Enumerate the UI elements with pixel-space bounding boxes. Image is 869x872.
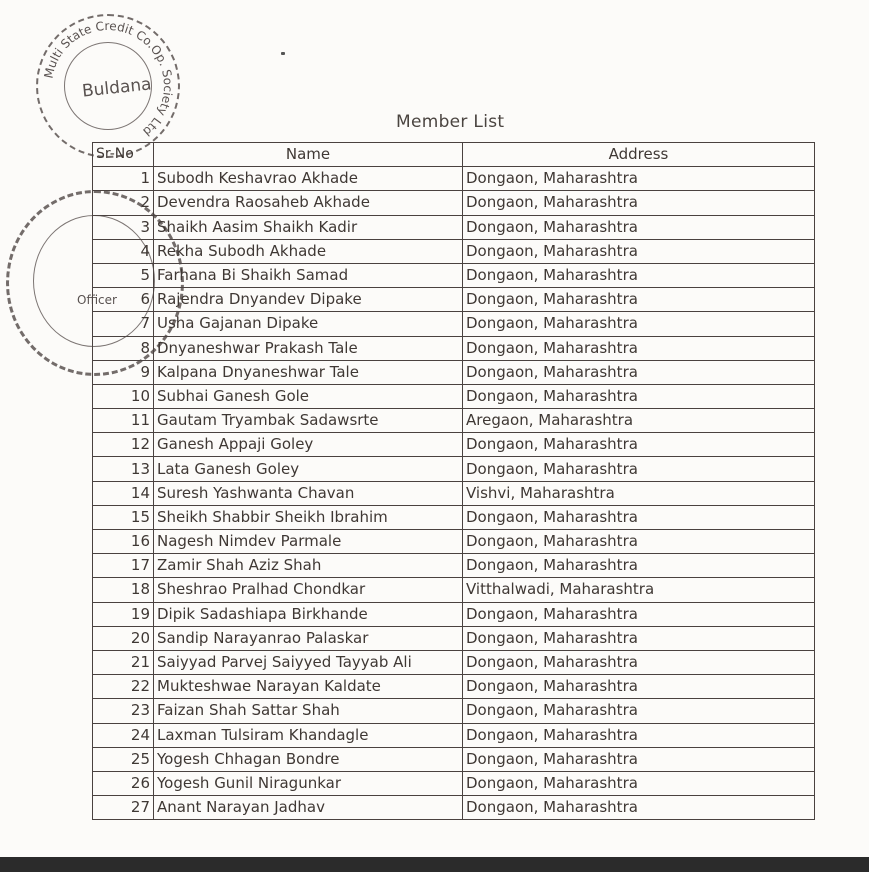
address-cell: Dongaon, Maharashtra xyxy=(463,505,815,529)
sr-no-cell: 7 xyxy=(93,312,154,336)
name-cell: Subhai Ganesh Gole xyxy=(154,384,463,408)
address-cell: Dongaon, Maharashtra xyxy=(463,675,815,699)
sr-no-cell: 14 xyxy=(93,481,154,505)
society-seal-stamp: Multi State Credit Co.Op. Society Ltd Bu… xyxy=(36,14,180,158)
sr-no-cell: 23 xyxy=(93,699,154,723)
address-cell: Dongaon, Maharashtra xyxy=(463,650,815,674)
sr-no-cell: 4 xyxy=(93,239,154,263)
sr-no-cell: 1 xyxy=(93,167,154,191)
table-row: 5Farhana Bi Shaikh SamadDongaon, Maharas… xyxy=(93,263,815,287)
address-cell: Dongaon, Maharashtra xyxy=(463,384,815,408)
name-cell: Dnyaneshwar Prakash Tale xyxy=(154,336,463,360)
name-cell: Lata Ganesh Goley xyxy=(154,457,463,481)
address-cell: Aregaon, Maharashtra xyxy=(463,409,815,433)
sr-no-cell: 9 xyxy=(93,360,154,384)
address-cell: Dongaon, Maharashtra xyxy=(463,191,815,215)
address-cell: Dongaon, Maharashtra xyxy=(463,771,815,795)
table-row: 11Gautam Tryambak SadawsrteAregaon, Maha… xyxy=(93,409,815,433)
table-row: 17Zamir Shah Aziz ShahDongaon, Maharasht… xyxy=(93,554,815,578)
sr-no-cell: 22 xyxy=(93,675,154,699)
name-cell: Yogesh Chhagan Bondre xyxy=(154,747,463,771)
address-cell: Dongaon, Maharashtra xyxy=(463,530,815,554)
table-row: 16Nagesh Nimdev ParmaleDongaon, Maharash… xyxy=(93,530,815,554)
address-cell: Dongaon, Maharashtra xyxy=(463,626,815,650)
sr-no-cell: 24 xyxy=(93,723,154,747)
name-cell: Ganesh Appaji Goley xyxy=(154,433,463,457)
sr-no-cell: 27 xyxy=(93,796,154,820)
table-row: 6Rajendra Dnyandev DipakeDongaon, Mahara… xyxy=(93,288,815,312)
address-cell: Dongaon, Maharashtra xyxy=(463,554,815,578)
name-cell: Dipik Sadashiapa Birkhande xyxy=(154,602,463,626)
table-row: 22Mukteshwae Narayan KaldateDongaon, Mah… xyxy=(93,675,815,699)
table-row: 2Devendra Raosaheb AkhadeDongaon, Mahara… xyxy=(93,191,815,215)
sr-no-cell: 5 xyxy=(93,263,154,287)
name-cell: Zamir Shah Aziz Shah xyxy=(154,554,463,578)
name-cell: Laxman Tulsiram Khandagle xyxy=(154,723,463,747)
name-cell: Faizan Shah Sattar Shah xyxy=(154,699,463,723)
name-cell: Farhana Bi Shaikh Samad xyxy=(154,263,463,287)
sr-no-cell: 15 xyxy=(93,505,154,529)
seal-inner-ring xyxy=(64,42,152,130)
table-row: 19Dipik Sadashiapa BirkhandeDongaon, Mah… xyxy=(93,602,815,626)
sr-no-cell: 10 xyxy=(93,384,154,408)
seal-center-text: Buldana xyxy=(81,74,152,101)
address-cell: Dongaon, Maharashtra xyxy=(463,215,815,239)
address-cell: Dongaon, Maharashtra xyxy=(463,723,815,747)
sr-no-cell: 6 xyxy=(93,288,154,312)
header-sr-no: Sr-No xyxy=(93,143,154,167)
name-cell: Rekha Subodh Akhade xyxy=(154,239,463,263)
name-cell: Subodh Keshavrao Akhade xyxy=(154,167,463,191)
address-cell: Dongaon, Maharashtra xyxy=(463,602,815,626)
name-cell: Saiyyad Parvej Saiyyed Tayyab Ali xyxy=(154,650,463,674)
viewer-bottom-bar xyxy=(0,857,869,872)
address-cell: Dongaon, Maharashtra xyxy=(463,747,815,771)
sr-no-cell: 16 xyxy=(93,530,154,554)
page-title: Member List xyxy=(396,112,504,132)
table-row: 27Anant Narayan JadhavDongaon, Maharasht… xyxy=(93,796,815,820)
address-cell: Dongaon, Maharashtra xyxy=(463,167,815,191)
table-row: 23Faizan Shah Sattar ShahDongaon, Mahara… xyxy=(93,699,815,723)
table-row: 7Usha Gajanan DipakeDongaon, Maharashtra xyxy=(93,312,815,336)
sr-no-cell: 26 xyxy=(93,771,154,795)
table-row: 3Shaikh Aasim Shaikh KadirDongaon, Mahar… xyxy=(93,215,815,239)
header-name: Name xyxy=(154,143,463,167)
seal-ring-text: Multi State Credit Co.Op. Society Ltd xyxy=(38,16,178,156)
table-row: 12Ganesh Appaji GoleyDongaon, Maharashtr… xyxy=(93,433,815,457)
address-cell: Dongaon, Maharashtra xyxy=(463,336,815,360)
svg-text:Multi State Credit Co.Op. Soci: Multi State Credit Co.Op. Society Ltd xyxy=(41,19,175,139)
table-row: 4Rekha Subodh AkhadeDongaon, Maharashtra xyxy=(93,239,815,263)
address-cell: Dongaon, Maharashtra xyxy=(463,457,815,481)
address-cell: Dongaon, Maharashtra xyxy=(463,263,815,287)
sr-no-cell: 2 xyxy=(93,191,154,215)
name-cell: Sandip Narayanrao Palaskar xyxy=(154,626,463,650)
name-cell: Devendra Raosaheb Akhade xyxy=(154,191,463,215)
address-cell: Dongaon, Maharashtra xyxy=(463,433,815,457)
sr-no-cell: 12 xyxy=(93,433,154,457)
address-cell: Dongaon, Maharashtra xyxy=(463,699,815,723)
name-cell: Sheshrao Pralhad Chondkar xyxy=(154,578,463,602)
table-row: 15Sheikh Shabbir Sheikh IbrahimDongaon, … xyxy=(93,505,815,529)
table-row: 14Suresh Yashwanta ChavanVishvi, Maharas… xyxy=(93,481,815,505)
address-cell: Vitthalwadi, Maharashtra xyxy=(463,578,815,602)
member-list-table: Sr-No Name Address 1Subodh Keshavrao Akh… xyxy=(92,142,815,820)
name-cell: Shaikh Aasim Shaikh Kadir xyxy=(154,215,463,239)
table-row: 18Sheshrao Pralhad ChondkarVitthalwadi, … xyxy=(93,578,815,602)
name-cell: Rajendra Dnyandev Dipake xyxy=(154,288,463,312)
name-cell: Suresh Yashwanta Chavan xyxy=(154,481,463,505)
table-row: 21Saiyyad Parvej Saiyyed Tayyab AliDonga… xyxy=(93,650,815,674)
table-row: 8Dnyaneshwar Prakash TaleDongaon, Mahara… xyxy=(93,336,815,360)
sr-no-cell: 18 xyxy=(93,578,154,602)
name-cell: Nagesh Nimdev Parmale xyxy=(154,530,463,554)
name-cell: Usha Gajanan Dipake xyxy=(154,312,463,336)
address-cell: Dongaon, Maharashtra xyxy=(463,239,815,263)
sr-no-cell: 11 xyxy=(93,409,154,433)
table-row: 20Sandip Narayanrao PalaskarDongaon, Mah… xyxy=(93,626,815,650)
sr-no-cell: 25 xyxy=(93,747,154,771)
sr-no-cell: 21 xyxy=(93,650,154,674)
name-cell: Anant Narayan Jadhav xyxy=(154,796,463,820)
scanned-page: Multi State Credit Co.Op. Society Ltd Bu… xyxy=(0,0,869,857)
table-row: 24Laxman Tulsiram KhandagleDongaon, Maha… xyxy=(93,723,815,747)
name-cell: Gautam Tryambak Sadawsrte xyxy=(154,409,463,433)
address-cell: Dongaon, Maharashtra xyxy=(463,360,815,384)
header-address: Address xyxy=(463,143,815,167)
sr-no-cell: 8 xyxy=(93,336,154,360)
name-cell: Sheikh Shabbir Sheikh Ibrahim xyxy=(154,505,463,529)
table-row: 9Kalpana Dnyaneshwar TaleDongaon, Mahara… xyxy=(93,360,815,384)
address-cell: Vishvi, Maharashtra xyxy=(463,481,815,505)
name-cell: Mukteshwae Narayan Kaldate xyxy=(154,675,463,699)
address-cell: Dongaon, Maharashtra xyxy=(463,312,815,336)
address-cell: Dongaon, Maharashtra xyxy=(463,288,815,312)
table-row: 25Yogesh Chhagan BondreDongaon, Maharash… xyxy=(93,747,815,771)
ink-speck xyxy=(281,52,285,55)
sr-no-cell: 20 xyxy=(93,626,154,650)
table-row: 26Yogesh Gunil NiragunkarDongaon, Mahara… xyxy=(93,771,815,795)
sr-no-cell: 13 xyxy=(93,457,154,481)
name-cell: Kalpana Dnyaneshwar Tale xyxy=(154,360,463,384)
address-cell: Dongaon, Maharashtra xyxy=(463,796,815,820)
table-row: 10Subhai Ganesh GoleDongaon, Maharashtra xyxy=(93,384,815,408)
table-row: 1Subodh Keshavrao AkhadeDongaon, Maharas… xyxy=(93,167,815,191)
sr-no-cell: 17 xyxy=(93,554,154,578)
sr-no-cell: 19 xyxy=(93,602,154,626)
sr-no-cell: 3 xyxy=(93,215,154,239)
table-row: 13Lata Ganesh GoleyDongaon, Maharashtra xyxy=(93,457,815,481)
name-cell: Yogesh Gunil Niragunkar xyxy=(154,771,463,795)
table-header-row: Sr-No Name Address xyxy=(93,143,815,167)
